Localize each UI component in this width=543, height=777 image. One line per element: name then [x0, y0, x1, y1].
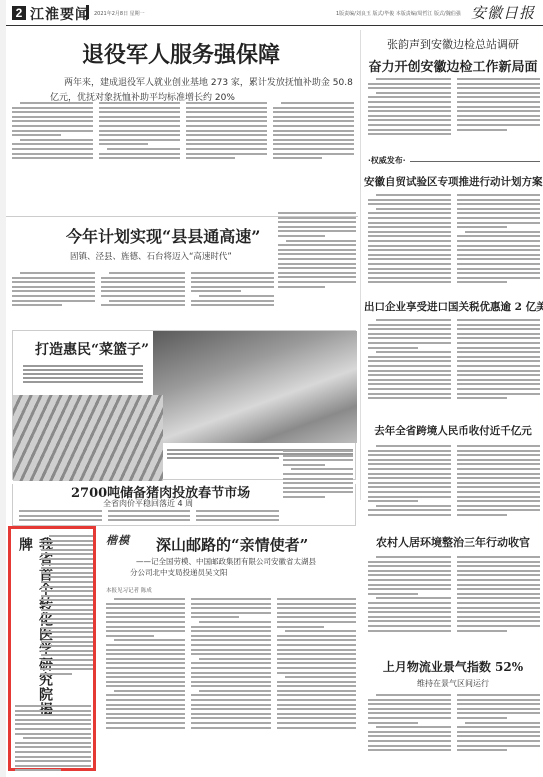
article-subtitle: 分公司北中支局投递员吴文阳: [130, 567, 228, 578]
article-pork[interactable]: 2700吨储备猪肉投放春节市场 全省肉价平稳回落近 4 周: [12, 484, 356, 526]
market-photo[interactable]: [153, 331, 357, 443]
masthead-logo: 安徽日报: [471, 2, 535, 23]
column-tag-role-model: 楷模: [106, 532, 130, 548]
article-title: 出口企业享受进口国关税优惠逾 2 亿美元: [364, 299, 542, 314]
section-label: ·权威发布·: [368, 155, 410, 166]
article-title: 深山邮路的“亲情使者”: [156, 534, 308, 555]
article-body: [368, 78, 540, 138]
article-title: 去年全省跨境人民币收付近千亿元: [364, 423, 542, 438]
byline: 本报见习记者 陈成: [106, 586, 152, 594]
article-body: [12, 272, 274, 309]
article-body: [368, 556, 540, 634]
article-body-bottom: [15, 705, 91, 774]
greenhouse-photo[interactable]: [13, 395, 163, 481]
article-medical-institute[interactable]: 我省首个转化医学研究院揭牌: [8, 526, 96, 771]
article-subtitle: 固镇、泾县、旌德、石台将迈入“高速时代”: [70, 250, 232, 262]
article-body: [368, 445, 540, 519]
article-border-inspection[interactable]: 张韵声到安徽边检总站调研 奋力开创安徽边检工作新局面: [364, 32, 542, 147]
article-cross-border-rmb[interactable]: 去年全省跨境人民币收付近千亿元: [364, 415, 542, 525]
header-divider: [86, 5, 89, 19]
photo-caption-top: [23, 365, 143, 385]
article-postman[interactable]: 楷模 深山邮路的“亲情使者” ——记全国劳模、中国邮政集团有限公司安徽省太湖县 …: [100, 526, 358, 771]
article-ftz[interactable]: 安徽自贸试验区专项推进行动计划方案出台: [364, 170, 542, 295]
article-export-tariff[interactable]: 出口企业享受进口国关税优惠逾 2 亿美元: [364, 295, 542, 410]
article-title: 安徽自贸试验区专项推进行动计划方案出台: [364, 174, 542, 189]
article-title: 退役军人服务强保障: [6, 38, 356, 69]
article-rural-environment[interactable]: 农村人居环境整治三年行动收官: [364, 530, 542, 650]
article-body: [19, 510, 279, 524]
newspaper-page: 2 江淮要闻 2021年2月8日 星期一 1版责编/刘良玉 版式/毕俊 本版责编…: [6, 0, 543, 777]
article-logistics-index[interactable]: 上月物流业景气指数 52% 维持在景气区间运行: [364, 656, 542, 768]
article-body: [368, 694, 540, 754]
article-title: 今年计划实现“县县通高速”: [66, 224, 260, 247]
article-body: [368, 194, 540, 286]
article-body-continued: [283, 450, 353, 501]
column-divider: [360, 30, 361, 500]
article-body: [41, 535, 93, 677]
article-subtitle: ——记全国劳模、中国邮政集团有限公司安徽省太湖县: [136, 556, 316, 567]
page-number: 2: [12, 6, 26, 20]
article-highway[interactable]: 今年计划实现“县县通高速” 固镇、泾县、旌德、石台将迈入“高速时代”: [6, 218, 356, 328]
editor-credits: 1版责编/刘良玉 版式/毕俊 本版责编/周哲江 版式/魏伯强: [336, 10, 461, 17]
article-subtitle: 两年来，建成退役军人就业创业基地 273 家，累计发放抚恤补助金 50.8: [64, 75, 356, 88]
article-title: 农村人居环境整治三年行动收官: [364, 534, 542, 550]
article-title: 上月物流业景气指数 52%: [364, 658, 542, 675]
authority-release-label: ·权威发布·: [368, 155, 540, 167]
page-header: 2 江淮要闻 2021年2月8日 星期一 1版责编/刘良玉 版式/毕俊 本版责编…: [6, 0, 543, 26]
article-body: [368, 319, 540, 402]
article-veterans[interactable]: 退役军人服务强保障 两年来，建成退役军人就业创业基地 273 家，累计发放抚恤补…: [6, 32, 356, 212]
article-body: [12, 102, 354, 162]
article-body: [106, 598, 356, 731]
article-body-continued: [278, 212, 356, 290]
section-title: 江淮要闻: [30, 4, 90, 24]
feature-title: 打造惠民“菜篮子”: [35, 339, 149, 359]
article-kicker: 张韵声到安徽边检总站调研: [364, 36, 542, 52]
article-title: 奋力开创安徽边检工作新局面: [364, 56, 542, 75]
article-subtitle: 全省肉价平稳回落近 4 周: [103, 498, 193, 509]
article-subtitle: 维持在景气区间运行: [364, 678, 542, 689]
issue-date: 2021年2月8日 星期一: [94, 10, 145, 17]
